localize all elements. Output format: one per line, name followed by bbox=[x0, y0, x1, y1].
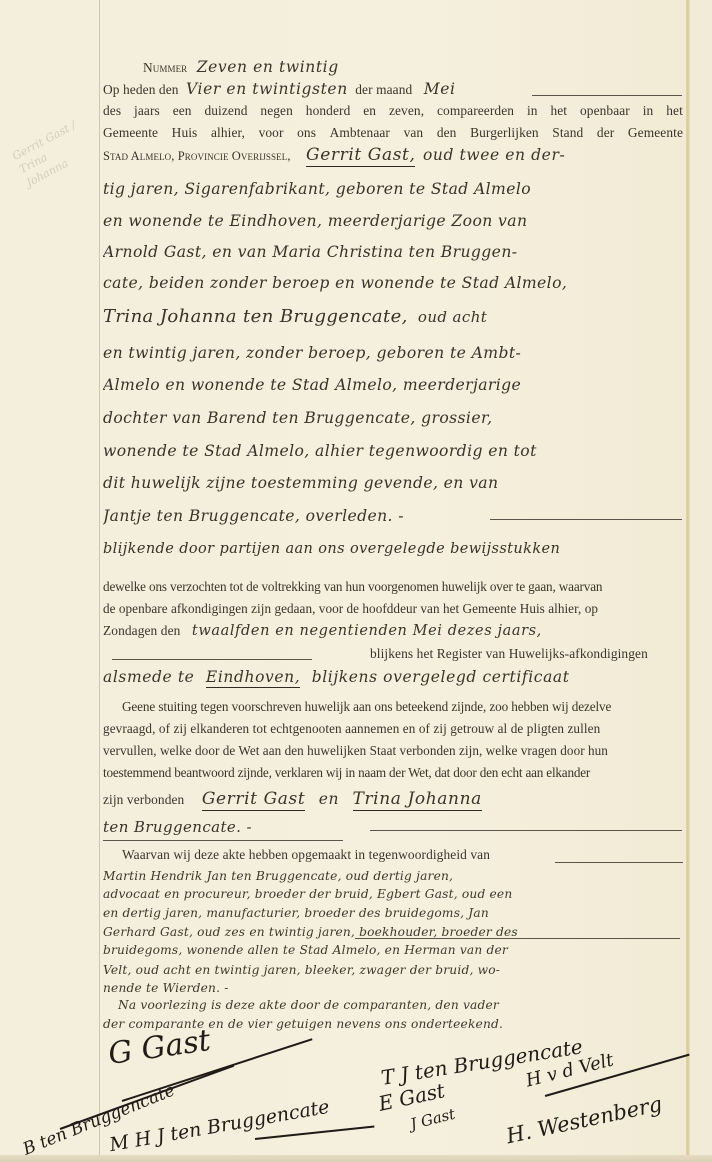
word: in bbox=[527, 102, 538, 120]
year-line: des jaars een duizend negen honderd en z… bbox=[103, 102, 683, 120]
fill-rule bbox=[532, 95, 682, 96]
groom-age: oud twee en der- bbox=[423, 146, 565, 164]
no-objection-line: Geene stuiting tegen voorschreven huweli… bbox=[122, 698, 685, 716]
groom-detail-line: en wonende te Eindhoven, meerderjarige Z… bbox=[103, 210, 688, 232]
number-label: Nummer bbox=[143, 60, 187, 75]
record-number: Nummer Zeven en twintig bbox=[143, 58, 712, 77]
united-line: zijn verbonden Gerrit Gast en Trina Joha… bbox=[103, 790, 683, 809]
word: compareerden bbox=[437, 102, 514, 120]
word: des bbox=[103, 102, 121, 120]
united-bride-surname: ten Bruggencate. - bbox=[103, 816, 688, 838]
certificate-text: blijkens overgelegd certificaat bbox=[312, 668, 570, 686]
bride-line: Trina Johanna ten Bruggencate, oud acht bbox=[103, 306, 688, 328]
united-bride: Trina Johanna bbox=[353, 789, 482, 811]
sundays-line: Zondagen den twaalfden en negentienden M… bbox=[103, 622, 683, 640]
bottom-edge bbox=[0, 1155, 712, 1162]
certificate-prefix: alsmede te bbox=[103, 668, 194, 686]
proclamation-dates: twaalfden en negentienden Mei dezes jaar… bbox=[192, 623, 542, 639]
united-groom: Gerrit Gast bbox=[202, 789, 305, 811]
word: Huis bbox=[172, 124, 198, 142]
word: openbaar bbox=[580, 102, 630, 120]
fill-rule bbox=[370, 830, 682, 831]
word: jaars bbox=[134, 102, 160, 120]
united-and: en bbox=[319, 790, 339, 808]
sundays-label: Zondagen den bbox=[103, 623, 180, 638]
bride-detail-line: wonende te Stad Almelo, alhier tegenwoor… bbox=[103, 440, 688, 462]
proclamation-line: de openbare afkondigingen zijn gedaan, v… bbox=[103, 600, 683, 618]
witness-line: advocaat en procureur, broeder der bruid… bbox=[103, 886, 688, 902]
witness-line: Velt, oud acht en twintig jaren, bleeker… bbox=[103, 962, 688, 978]
word: duizend bbox=[204, 102, 247, 120]
fill-rule bbox=[555, 862, 683, 863]
word: der bbox=[597, 124, 614, 142]
signature-witness-3: J Gast bbox=[408, 1105, 456, 1133]
word: een bbox=[173, 102, 192, 120]
word: het bbox=[666, 102, 683, 120]
word: Burgerlijken bbox=[470, 124, 539, 142]
groom-line: Stad Almelo, Provincie Overijssel, Gerri… bbox=[103, 146, 683, 165]
municipality-line: Gemeente Huis alhier, voor ons Ambtenaar… bbox=[103, 124, 683, 142]
register-line: blijkens het Register van Huwelijks-afko… bbox=[370, 645, 685, 663]
fill-rule bbox=[112, 659, 312, 660]
word: Stand bbox=[552, 124, 583, 142]
word: Ambtenaar bbox=[330, 124, 390, 142]
witness-line: Martin Hendrik Jan ten Bruggencate, oud … bbox=[103, 868, 688, 884]
bride-name: Trina Johanna ten Bruggencate, bbox=[103, 306, 408, 328]
bride-detail-line: Almelo en wonende te Stad Almelo, meerde… bbox=[103, 374, 688, 396]
bride-detail-line: en twintig jaren, zonder beroep, geboren… bbox=[103, 342, 688, 364]
word: alhier, bbox=[211, 124, 245, 142]
word: voor bbox=[259, 124, 284, 142]
word: en bbox=[363, 102, 376, 120]
question-line: gevraagd, of zij elkanderen tot echtgeno… bbox=[103, 720, 683, 738]
word: ons bbox=[297, 124, 316, 142]
groom-detail-line: cate, beiden zonder beroep en wonende te… bbox=[103, 272, 688, 294]
word: negen bbox=[260, 102, 292, 120]
date-line: Op heden den Vier en twintigsten der maa… bbox=[103, 80, 683, 99]
margin-note: Gerrit Gast / Trina Johanna bbox=[10, 118, 105, 213]
place-label: Stad Almelo, Provincie Overijssel, bbox=[103, 149, 291, 163]
groom-detail-line: tig jaren, Sigarenfabrikant, geboren te … bbox=[103, 178, 688, 200]
fill-rule bbox=[355, 938, 680, 939]
united-label: zijn verbonden bbox=[103, 792, 184, 807]
certificate-place: Eindhoven, bbox=[206, 668, 300, 688]
groom-detail-line: Arnold Gast, en van Maria Christina ten … bbox=[103, 241, 688, 263]
witness-line: nende te Wierden. - bbox=[103, 980, 688, 996]
word: van bbox=[404, 124, 424, 142]
next-page-edge bbox=[690, 0, 712, 1162]
witness-line: bruidegoms, wonende allen te Stad Almelo… bbox=[103, 942, 688, 958]
bride-detail-line: blijkende door partijen aan ons overgele… bbox=[103, 538, 688, 560]
date-prefix: Op heden den bbox=[103, 82, 179, 97]
bride-detail-line: dit huwelijk zijne toestemming gevende, … bbox=[103, 472, 688, 494]
signature-official: H. Westenberg bbox=[504, 1092, 664, 1148]
bride-detail-line: dochter van Barend ten Bruggencate, gros… bbox=[103, 407, 688, 429]
groom-name: Gerrit Gast, bbox=[306, 145, 415, 167]
document-page: Gerrit Gast / Trina Johanna Nummer Zeven… bbox=[0, 0, 712, 1162]
month-value: Mei bbox=[424, 80, 456, 98]
number-value: Zeven en twintig bbox=[197, 58, 339, 76]
word: zeven, bbox=[389, 102, 424, 120]
month-label: der maand bbox=[355, 82, 412, 97]
word: Gemeente bbox=[628, 124, 683, 142]
fill-rule bbox=[103, 840, 343, 841]
word: Gemeente bbox=[103, 124, 158, 142]
word: honderd bbox=[306, 102, 351, 120]
declaration-line: toestemmend beantwoord zijnde, verklaren… bbox=[103, 764, 683, 782]
bride-detail-line: Jantje ten Bruggencate, overleden. - bbox=[103, 505, 688, 527]
closing-line: Na voorlezing is deze akte door de compa… bbox=[118, 997, 703, 1013]
word: in bbox=[643, 102, 654, 120]
certificate-line: alsmede te Eindhoven, blijkens overgeleg… bbox=[103, 668, 683, 687]
witness-line: en dertig jaren, manufacturier, broeder … bbox=[103, 905, 688, 921]
word: het bbox=[550, 102, 567, 120]
fill-rule bbox=[490, 519, 682, 520]
day-value: Vier en twintigsten bbox=[186, 80, 348, 98]
duties-line: vervullen, welke door de Wet aan den huw… bbox=[103, 742, 683, 760]
request-line: dewelke ons verzochten tot de voltrekkin… bbox=[103, 578, 683, 596]
bride-age: oud acht bbox=[418, 308, 487, 326]
word: den bbox=[437, 124, 457, 142]
